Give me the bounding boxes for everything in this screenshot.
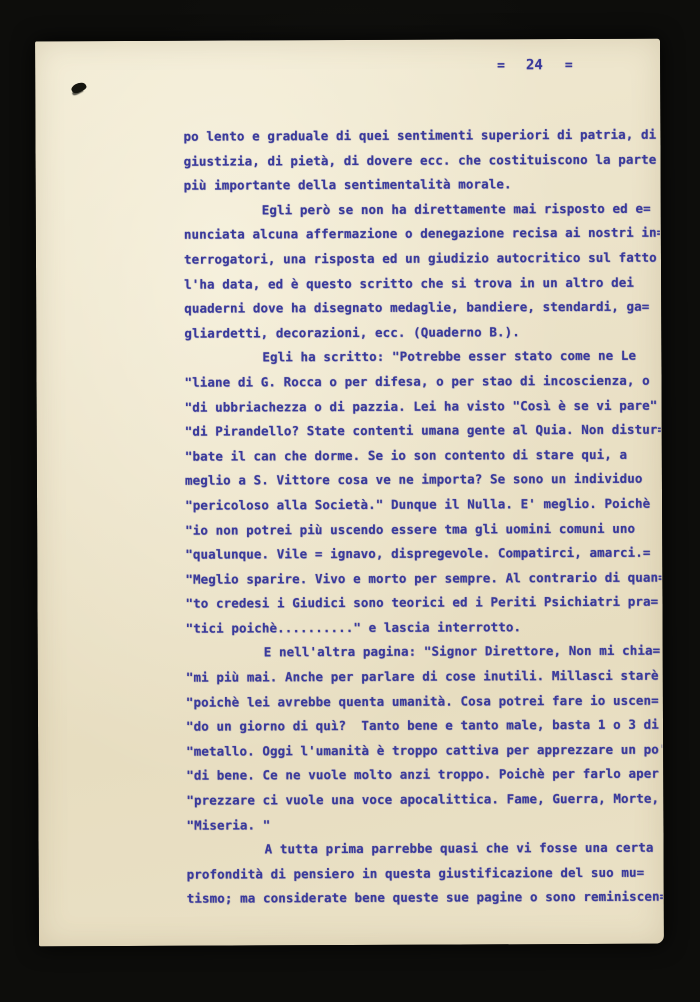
text-line: "pericoloso alla Società." Dunque il Nul… [185, 492, 661, 519]
document-page: = 24 = po lento e graduale di quei senti… [35, 39, 664, 947]
photo-background: = 24 = po lento e graduale di quei senti… [0, 0, 700, 1002]
text-line: gliardetti, decorazioni, ecc. (Quaderno … [184, 319, 660, 346]
text-line: "bate il can che dorme. Se io son conten… [185, 442, 661, 469]
page-number: = 24 = [497, 57, 572, 73]
text-line: "to credesi i Giudici sono teorici ed i … [185, 590, 661, 617]
page-number-value: 24 [526, 57, 543, 73]
text-line: giustizia, di pietà, di dovere ecc. che … [184, 147, 660, 174]
text-line: "prezzare ci vuole una voce apocalittica… [186, 787, 662, 814]
text-line: "di Pirandello? State contenti umana gen… [185, 418, 661, 445]
text-line: tismo; ma considerate bene queste sue pa… [187, 885, 663, 912]
text-line: "mi più mai. Anche per parlare di cose i… [186, 664, 662, 691]
text-line: più importante della sentimentalità mora… [184, 172, 660, 199]
text-line: profondità di pensiero in questa giustif… [187, 860, 663, 887]
text-line: "tici poichè.........." e lascia interro… [186, 615, 662, 642]
text-line: "Miseria. " [186, 811, 662, 838]
typewritten-text: po lento e graduale di quei sentimenti s… [183, 123, 663, 946]
text-line: E nell'altra pagina: "Signor Direttore, … [186, 639, 662, 666]
text-line: Egli però se non ha direttamente mai ris… [184, 196, 660, 223]
text-line: Egli ha scritto: "Potrebbe esser stato c… [184, 344, 660, 371]
text-line: po lento e graduale di quei sentimenti s… [183, 123, 659, 150]
text-line: "metallo. Oggi l'umanità è troppo cattiv… [186, 737, 662, 764]
text-line: "io non potrei più uscendo essere tma gl… [185, 516, 661, 543]
text-line: "qualunque. Vile = ignavo, dispregevole.… [185, 541, 661, 568]
ink-blot [70, 80, 87, 95]
text-line: "Meglio sparire. Vivo e morto per sempre… [185, 565, 661, 592]
text-line: "liane di G. Rocca o per difesa, o per s… [184, 369, 660, 396]
text-line: "di bene. Ce ne vuole molto anzi troppo.… [186, 762, 662, 789]
text-line: nunciata alcuna affermazione o denegazio… [184, 221, 660, 248]
text-line: "do un giorno di quì? Tanto bene e tanto… [186, 713, 662, 740]
page-number-right-dash: = [565, 58, 572, 73]
text-line: meglio a S. Vittore cosa ve ne importa? … [185, 467, 661, 494]
text-line: A tutta prima parrebbe quasi che vi foss… [187, 836, 663, 863]
text-line: quaderni dove ha disegnato medaglie, ban… [184, 295, 660, 322]
page-number-left-dash: = [497, 58, 504, 73]
text-line: terrogatori, una risposta ed un giudizio… [184, 246, 660, 273]
text-line: "poichè lei avrebbe quenta umanità. Cosa… [186, 688, 662, 715]
text-line: "di ubbriachezza o di pazzia. Lei ha vis… [185, 393, 661, 420]
text-line: l'ha data, ed è questo scritto che si tr… [184, 270, 660, 297]
